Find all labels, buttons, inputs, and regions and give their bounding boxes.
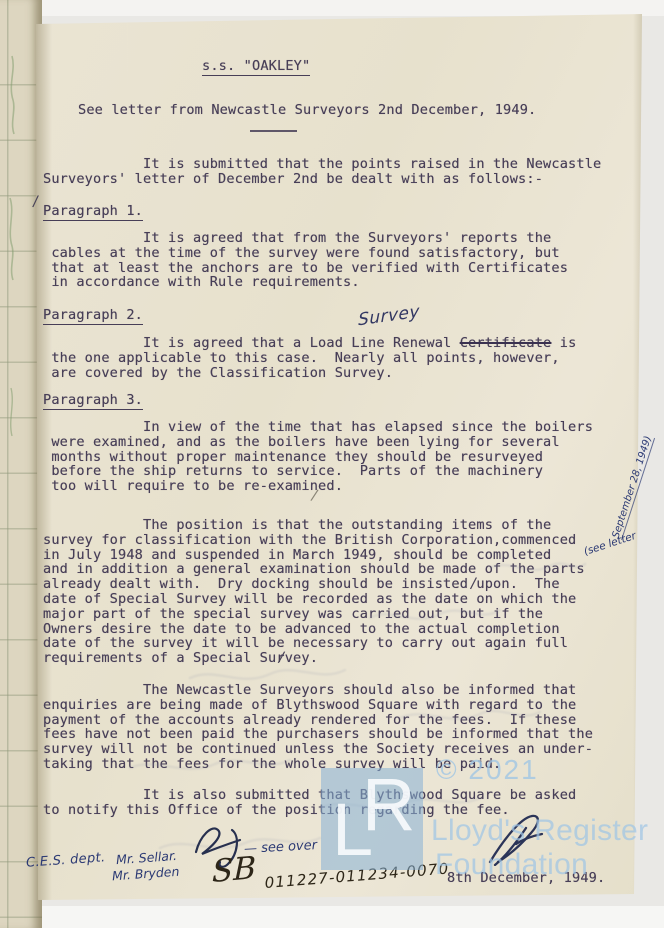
subtitle-line: See letter from Newcastle Surveyors 2nd … [78,103,536,118]
body-2-before: It is agreed that a Load Line Renewal [43,335,460,351]
page-title: s.s. "OAKLEY" [202,59,310,74]
faint-green-marginalia [0,48,36,568]
struck-word: Certificate [460,335,552,351]
section-heading-3: Paragraph 3. [43,393,143,408]
section-heading-2: Paragraph 2. [43,308,143,323]
document-scan: s.s. "OAKLEY" See letter from Newcastle … [0,0,664,928]
intro-paragraph: It is submitted that the points raised i… [43,157,601,187]
section-body-2: It is agreed that a Load Line Renewal Ce… [43,336,576,380]
section-heading-1: Paragraph 1. [43,204,143,219]
page-title-text: s.s. "OAKLEY" [202,58,310,76]
scanner-background-top [0,0,664,16]
section-body-3: In view of the time that has elapsed sin… [43,420,593,494]
typed-divider-line [250,130,297,132]
scanner-background-bottom [0,906,664,928]
ledger-paper-edge [0,0,42,928]
section-body-1: It is agreed that from the Surveyors' re… [43,231,568,290]
ghost-pencil-offset-marks [70,548,610,888]
